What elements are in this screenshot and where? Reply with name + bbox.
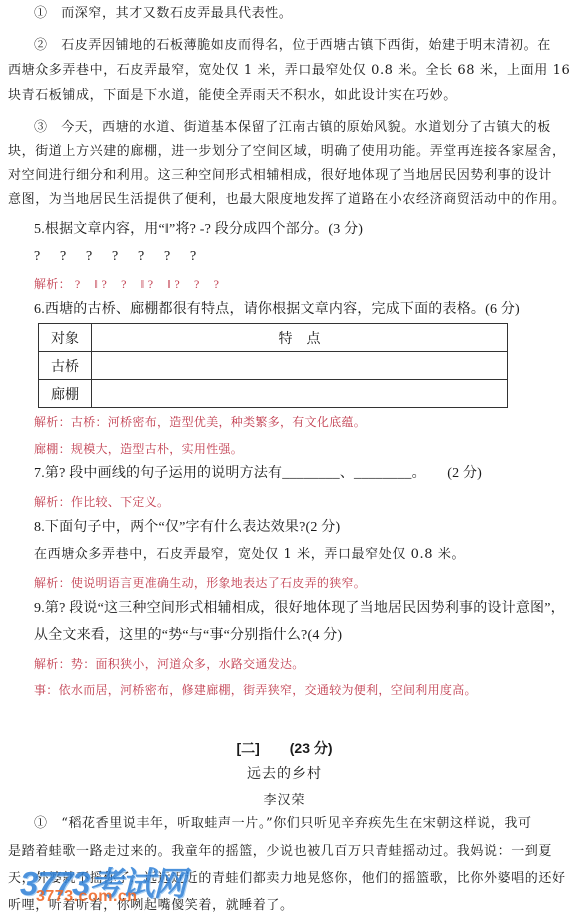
- q7-prompt: 7.第? 段中画线的句子运用的说明方法有________、________。 (…: [34, 466, 561, 482]
- answer-label: 解析：: [34, 276, 71, 292]
- para2-line3: 块青石板铺成，下面是下水道，能使全弄雨天不积水，如此设计实在巧妙。: [8, 88, 561, 104]
- answer-mark: ?: [194, 276, 200, 292]
- exam-document-page: ① 而深窄，其才又数石皮弄最具代表性。 ② 石皮弄因铺地的石板薄脆如皮而得名，位…: [0, 0, 569, 922]
- q7-answer: 解析：作比较、下定义。: [34, 494, 561, 510]
- q5-prompt: 5.根据文章内容，用“‖”将? -? 段分成四个部分。(3 分): [34, 222, 561, 238]
- table-header-feature: 特 点: [92, 324, 508, 352]
- watermark-url: 3773.com.cn: [36, 888, 138, 906]
- q5-marks: ???????: [34, 249, 561, 265]
- section2-label: [二]: [236, 740, 259, 756]
- s2-para1-line1: ① “稻花香里说丰年，听取蛙声一片。”你们只听见辛弃疾先生在宋朝这样说，我可: [34, 816, 561, 832]
- article-title: 远去的乡村: [0, 763, 569, 783]
- answer-mark: ‖ ?: [141, 276, 154, 292]
- table-cell-object: 古桥: [39, 352, 92, 380]
- answer-mark: ?: [75, 276, 81, 292]
- table-row: 廊棚: [39, 380, 508, 408]
- features-table: 对象 特 点 古桥 廊棚: [38, 323, 508, 408]
- answer-mark: ?: [121, 276, 127, 292]
- q8-quote: 在西塘众多弄巷中，石皮弄最窄，宽处仅 1 米，弄口最窄处仅 0.8 米。: [34, 547, 561, 563]
- q5-mark: ?: [112, 249, 138, 265]
- table-cell-feature[interactable]: [92, 380, 508, 408]
- para3-line1: ③ 今天，西塘的水道、街道基本保留了江南古镇的原始风貌。水道划分了古镇大的板: [34, 120, 561, 136]
- q6-answer-line2: 廊棚：规模大，造型古朴，实用性强。: [34, 441, 561, 457]
- q6-answer-line1: 解析：古桥：河桥密布，造型优美，种类繁多，有文化底蕴。: [34, 414, 561, 430]
- q6-prompt: 6.西塘的古桥、廊棚都很有特点，请你根据文章内容，完成下面的表格。(6 分): [34, 302, 561, 318]
- para1-tail: ① 而深窄，其才又数石皮弄最具代表性。: [34, 6, 561, 22]
- q5-mark: ?: [190, 249, 216, 265]
- q5-mark: ?: [86, 249, 112, 265]
- table-cell-feature[interactable]: [92, 352, 508, 380]
- para2-line2: 西塘众多弄巷中，石皮弄最窄，宽处仅 1 米，弄口最窄处仅 0.8 米。全长 68…: [8, 63, 561, 79]
- para3-line3: 对空间进行细分和利用。这三种空间形式相辅相成，很好地体现了当地居民因势利事的设计: [8, 168, 561, 184]
- q5-mark: ?: [138, 249, 164, 265]
- q5-mark: ?: [164, 249, 190, 265]
- article-author: 李汉荣: [0, 789, 569, 808]
- table-row: 古桥: [39, 352, 508, 380]
- q8-answer: 解析：使说明语言更准确生动，形象地表达了石皮弄的狭窄。: [34, 575, 561, 591]
- section2-score: (23 分): [290, 740, 333, 756]
- q5-answer: 解析：?‖ ??‖ ?‖ ???: [34, 276, 561, 292]
- section2-heading: [二](23 分): [0, 738, 569, 758]
- q5-mark: ?: [34, 249, 60, 265]
- answer-mark: ?: [214, 276, 220, 292]
- table-header-row: 对象 特 点: [39, 324, 508, 352]
- table-header-object: 对象: [39, 324, 92, 352]
- q5-mark: ?: [60, 249, 86, 265]
- q9-answer-line1: 解析：势：面积狭小，河道众多，水路交通发达。: [34, 656, 561, 672]
- table-cell-object: 廊棚: [39, 380, 92, 408]
- para2-line1: ② 石皮弄因铺地的石板薄脆如皮而得名，位于西塘古镇下西街，始建于明末清初。在: [34, 38, 561, 54]
- para3-line4: 意图，为当地居民生活提供了便利，也最大限度地发挥了道路在小农经济商贸活动中的作用…: [8, 192, 561, 208]
- q9-prompt-line2: 从全文来看，这里的“势“与“事“分别指什么?(4 分): [34, 628, 561, 644]
- answer-mark: ‖ ?: [167, 276, 180, 292]
- para3-line2: 块，街道上方兴建的廊棚，进一步划分了空间区域，明确了使用功能。弄堂再连接各家屋舍…: [8, 144, 561, 160]
- q9-prompt-line1: 9.第? 段说“这三种空间形式相辅相成，很好地体现了当地居民因势利事的设计意图”…: [34, 601, 561, 617]
- q9-answer-line2: 事：依水而居，河桥密布，修建廊棚，街弄狭窄，交通较为便利，空间利用度高。: [34, 682, 561, 698]
- answer-mark: ‖ ?: [95, 276, 108, 292]
- q8-prompt: 8.下面句子中，两个“仅”字有什么表达效果?(2 分): [34, 520, 561, 536]
